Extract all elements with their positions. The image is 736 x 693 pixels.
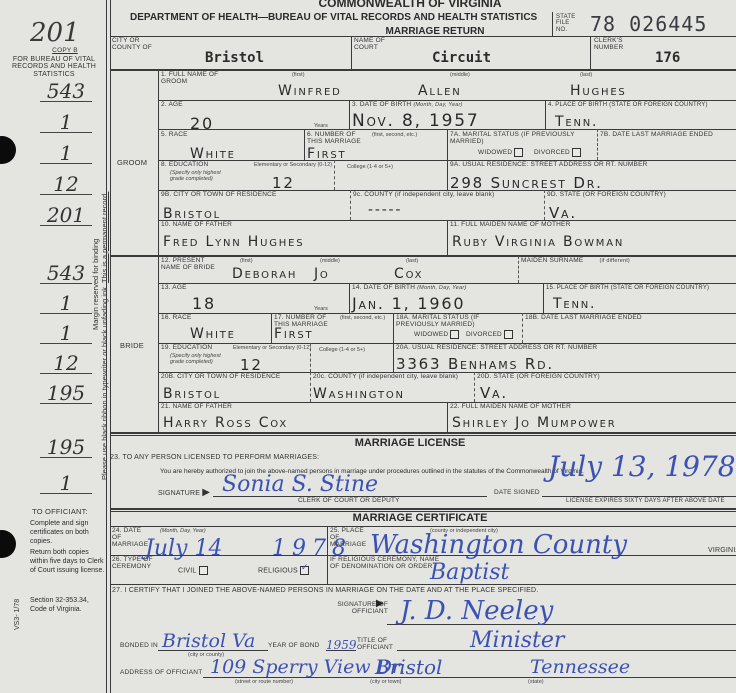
- binding-note: Margin reserved for binding: [91, 239, 100, 330]
- certification-statement: 27. I CERTIFY THAT I JOINED THE ABOVE-NA…: [112, 587, 538, 594]
- margin-code: 201: [40, 203, 92, 227]
- groom-marital-status-label: 7a. MARITAL STATUS (If previously marrie…: [450, 132, 590, 146]
- bride-last-marriage-ended-label: 18b. DATE LAST MARRIAGE ENDED: [525, 315, 642, 322]
- commonwealth-title: COMMONWEALTH OF VIRGINIA: [270, 0, 550, 10]
- margin-code-line: [40, 343, 92, 344]
- certificate-title: MARRIAGE CERTIFICATE: [330, 512, 510, 524]
- bond-year-label: YEAR OF BOND: [268, 643, 320, 650]
- groom-marriage-number-label: 6. NUMBER OF THIS MARRIAGE: [307, 132, 371, 146]
- margin-code: 543: [40, 261, 92, 285]
- date-signed-line: [542, 496, 736, 497]
- date-signed: July 13, 1978: [548, 450, 736, 483]
- rule: [304, 129, 305, 160]
- rule: [544, 190, 545, 220]
- denomination: Baptist: [430, 560, 509, 585]
- groom-dob-label: 3. DATE OF BIRTH (Month, Day, Year): [352, 102, 463, 109]
- groom-city-label: 9b. CITY OR TOWN OF RESIDENCE: [161, 192, 277, 199]
- rule: [271, 313, 272, 343]
- form-code: VS3- 1/78: [14, 599, 21, 630]
- groom-last-name: Hughes: [570, 83, 627, 99]
- groom-marriage-number-hint: (first, second, etc.): [372, 132, 417, 138]
- bride-county: Washington: [313, 386, 405, 402]
- bride-dob-label: 14. DATE OF BIRTH (Month, Day, Year): [352, 285, 466, 292]
- bride-race-label: 16. RACE: [161, 315, 192, 322]
- groom-section-label: GROOM: [117, 159, 147, 167]
- rule: [158, 283, 736, 284]
- widowed-box[interactable]: [450, 330, 459, 339]
- clerk-signature: Sonia S. Stine: [222, 472, 378, 497]
- ink-note: Please use black ribbon in typewriter or…: [100, 192, 109, 480]
- bride-marriage-number-hint: (first, second, etc.): [340, 315, 385, 321]
- officiant-title: Minister: [470, 628, 564, 653]
- margin-code-line: [40, 194, 92, 195]
- groom-first-hint: (first): [292, 72, 305, 78]
- section-note: Section 32-353.34, Code of Virginia.: [30, 597, 106, 615]
- officiant-address-state: Tennessee: [530, 656, 630, 678]
- bride-dob: Jan. 1, 1960: [352, 294, 465, 313]
- margin-top-number: 201: [30, 18, 80, 48]
- state-hint: (state): [528, 679, 544, 685]
- bride-section-label: BRIDE: [120, 342, 144, 350]
- bride-mother-label: 22. FULL MAIDEN NAME OF MOTHER: [450, 404, 571, 411]
- groom-first-name: Winfred: [278, 83, 342, 99]
- clerk-label: CLERK'S NUMBER: [594, 38, 634, 52]
- bride-age-label: 13. AGE: [161, 285, 187, 292]
- signature-label: SIGNATURE: [158, 490, 200, 497]
- signature-arrow-icon: ▶: [202, 487, 210, 498]
- bride-dob-label-text: 14. DATE OF BIRTH: [352, 284, 415, 291]
- margin-code-line: [40, 132, 92, 133]
- ceremony-type-label: 26. TYPE OF CEREMONY: [112, 557, 162, 571]
- margin-code-line: [40, 403, 92, 404]
- rule: [393, 343, 394, 372]
- groom-state-label: 9d. STATE (OR FOREIGN COUNTRY): [547, 192, 666, 199]
- clerk-number: 176: [655, 50, 680, 66]
- copy-for-label: FOR BUREAU OF VITAL RECORDS AND HEALTH S…: [2, 56, 106, 78]
- bonded-in: Bristol Va: [162, 630, 255, 652]
- rule: [334, 160, 335, 190]
- bride-father-label: 21. NAME OF FATHER: [161, 404, 232, 411]
- divorced-label: DIVORCED: [466, 331, 502, 338]
- bride-marital-status-label: 18a. MARITAL STATUS (If previously marri…: [396, 315, 522, 329]
- rule: [447, 402, 448, 432]
- bride-first-hint: (first): [240, 258, 253, 264]
- bride-elementary-hint: Elementary or Secondary (0-12): [232, 345, 312, 351]
- groom-middle-hint: (middle): [450, 72, 470, 78]
- religious-checkbox[interactable]: RELIGIOUS✓: [258, 566, 309, 575]
- officiant-title-line: [397, 650, 736, 651]
- groom-dob: Nov. 8, 1957: [352, 111, 479, 131]
- bride-street: 3363 Benhams Rd.: [396, 355, 554, 373]
- margin-code: 195: [40, 381, 92, 405]
- margin-code: 1: [40, 291, 92, 315]
- bride-mother: Shirley Jo Mumpower: [452, 415, 616, 431]
- margin-code: 12: [40, 351, 92, 375]
- divorced-label: DIVORCED: [534, 149, 570, 156]
- groom-mother: Ruby Virginia Bowman: [452, 234, 624, 250]
- license-expiry-note: LICENSE EXPIRES SIXTY DAYS AFTER ABOVE D…: [566, 498, 725, 504]
- bride-last-name: Cox: [394, 266, 423, 282]
- bride-middle-name: Jo: [314, 266, 330, 282]
- bride-state: Va.: [480, 384, 508, 402]
- license-title: MARRIAGE LICENSE: [320, 437, 500, 449]
- clerk-divider: [590, 36, 591, 69]
- court-label: NAME OF COURT: [354, 38, 390, 52]
- bride-education-hint: (Specify only highest grade completed): [170, 353, 230, 365]
- bride-county-label: 20c. COUNTY (if independent city, leave …: [313, 374, 458, 381]
- officiant-instructions-title: TO OFFICIANT:: [20, 508, 100, 516]
- groom-birthplace-label: 4. PLACE OF BIRTH (state or foreign coun…: [548, 102, 708, 108]
- bride-college-hint: College (1-4 or 5+): [312, 347, 372, 353]
- officiant-signature-arrow-icon: ▶: [376, 598, 384, 609]
- check-mark-icon: ✓: [301, 563, 309, 572]
- bride-maiden-label-text: MAIDEN SURNAME: [521, 257, 583, 264]
- copy-label: COPY B: [40, 48, 90, 55]
- groom-dob-label-text: 3. DATE OF BIRTH: [352, 101, 411, 108]
- street-hint: (street or route number): [235, 679, 293, 685]
- religious-label: RELIGIOUS: [258, 567, 298, 574]
- bride-marriage-number: First: [274, 326, 313, 342]
- rule: [158, 100, 736, 101]
- widowed-box[interactable]: [514, 148, 523, 157]
- license-addressee: 23. TO ANY PERSON LICENSED TO PERFORM MA…: [110, 454, 319, 461]
- margin-code: 195: [40, 435, 92, 459]
- margin-code: 1: [40, 110, 92, 134]
- margin-code-line: [40, 373, 92, 374]
- groom-county: -----: [368, 202, 402, 218]
- divorced-box[interactable]: [572, 148, 581, 157]
- margin-code-line: [40, 493, 92, 494]
- margin-code: 1: [40, 141, 92, 165]
- rule: [110, 584, 736, 585]
- rule: [522, 313, 523, 343]
- bride-years-label: Years: [314, 306, 328, 312]
- religious-box[interactable]: ✓: [300, 566, 309, 575]
- bride-birthplace-label: 15. PLACE OF BIRTH (state or foreign cou…: [546, 285, 709, 291]
- rule: [393, 313, 394, 343]
- margin-code-line: [40, 457, 92, 458]
- rule: [543, 283, 544, 313]
- groom-county-label: 9c. COUNTY (if independent city, leave b…: [353, 192, 494, 199]
- groom-last-marriage-ended-label: 7b. DATE LAST MARRIAGE ENDED: [600, 132, 713, 139]
- virginia-suffix: VIRGINIA: [708, 547, 736, 554]
- rule: [447, 160, 448, 190]
- rule: [349, 283, 350, 313]
- bride-father: Harry Ross Cox: [163, 415, 288, 431]
- bride-middle-hint: (middle): [320, 258, 340, 264]
- form-left-border-inner: [110, 0, 111, 693]
- rule: [110, 526, 736, 527]
- city-hint: (city or town): [370, 679, 401, 685]
- bride-race: White: [190, 326, 236, 342]
- margin-code: 543: [40, 79, 92, 103]
- bride-birthplace: Tenn.: [553, 296, 596, 312]
- bride-state-label: 20d. STATE (OR FOREIGN COUNTRY): [477, 374, 600, 381]
- date-signed-label: DATE SIGNED: [494, 490, 540, 497]
- header-rule: [110, 36, 736, 37]
- margin-code-line: [40, 101, 92, 102]
- officiant-title-label: TITLE OF OFFICIANT: [357, 638, 397, 652]
- rule: [545, 100, 546, 129]
- rule: [110, 435, 736, 436]
- state-file-label: STATE FILE NO.: [556, 14, 580, 33]
- groom-dob-hint: (Month, Day, Year): [413, 102, 462, 108]
- rule: [518, 256, 519, 283]
- bond-year: 1959: [326, 638, 357, 652]
- civil-label: CIVIL: [178, 567, 197, 574]
- bride-age: 18: [192, 294, 216, 313]
- margin-code: 1: [40, 321, 92, 345]
- rule: [349, 100, 350, 129]
- bride-street-label: 20a. USUAL RESIDENCE: STREET ADDRESS OR …: [396, 345, 597, 352]
- ink-note-text: Please use black ribbon in typewriter or…: [100, 285, 109, 480]
- bride-first-name: Deborah: [232, 266, 297, 282]
- groom-college-hint: College (1-4 or 5+): [340, 164, 400, 170]
- city-county-value: Bristol: [205, 50, 264, 66]
- groom-education-label: 8. EDUCATION: [161, 162, 208, 169]
- divorced-box[interactable]: [504, 330, 513, 339]
- rule: [447, 220, 448, 255]
- civil-checkbox[interactable]: CIVIL: [178, 566, 208, 575]
- marriage-date-hint: (Month, Day, Year): [160, 528, 206, 534]
- bride-education-label: 19. EDUCATION: [161, 345, 212, 352]
- margin-code: 12: [40, 172, 92, 196]
- marriage-place-label: 25. PLACE OF MARRIAGE: [330, 528, 370, 548]
- rule: [350, 190, 351, 220]
- margin-code-line: [40, 225, 92, 226]
- bride-widowed-checkbox[interactable]: WIDOWED: [414, 330, 459, 339]
- widowed-label: WIDOWED: [478, 149, 512, 156]
- groom-mother-label: 11. FULL MAIDEN NAME OF MOTHER: [450, 222, 571, 229]
- binding-hole-2: [0, 530, 16, 558]
- margin-code-line: [40, 283, 92, 284]
- rule: [310, 343, 311, 372]
- groom-birthplace: Tenn.: [555, 114, 598, 130]
- bride-name-label: 12. PRESENT NAME OF BRIDE: [161, 258, 223, 272]
- city-county-label: CITY OR COUNTY OF: [112, 38, 156, 52]
- margin-code: 1: [40, 471, 92, 495]
- court-value: Circuit: [432, 50, 491, 66]
- clerk-caption: CLERK OF COURT OR DEPUTY: [298, 498, 400, 505]
- bride-maiden-hint: (if different): [599, 258, 630, 264]
- rule: [110, 432, 736, 434]
- rule: [110, 508, 736, 510]
- margin-code-line: [40, 313, 92, 314]
- officiant-note-2: Return both copies within five days to C…: [30, 549, 106, 575]
- rule: [474, 372, 475, 402]
- groom-last-hint: (last): [580, 72, 592, 78]
- margin-code-line: [40, 163, 92, 164]
- state-file-number: 78 026445: [590, 12, 707, 36]
- groom-education-hint: (Specify only highest grade completed): [170, 170, 230, 182]
- rule: [597, 129, 598, 160]
- state-file-divider: [552, 12, 553, 36]
- groom-father: Fred Lynn Hughes: [163, 234, 304, 250]
- groom-widowed-checkbox[interactable]: WIDOWED: [478, 148, 523, 157]
- permanent-record-note: This is a permanent record.: [100, 192, 109, 283]
- groom-street-label: 9a. USUAL RESIDENCE: STREET ADDRESS OR R…: [450, 162, 648, 169]
- officiant-note-1: Complete and sign certificates on both c…: [30, 520, 106, 546]
- groom-father-label: 10. NAME OF FATHER: [161, 222, 232, 229]
- officiant-address-city: Bristol: [375, 655, 442, 679]
- department-title: DEPARTMENT OF HEALTH—BUREAU OF VITAL REC…: [130, 12, 537, 23]
- groom-age-label: 2. AGE: [161, 102, 183, 109]
- widowed-label: WIDOWED: [414, 331, 448, 338]
- bride-dob-hint: (Month, Day, Year): [417, 285, 466, 291]
- civil-box[interactable]: [199, 566, 208, 575]
- groom-divorced-checkbox[interactable]: DIVORCED: [534, 148, 581, 157]
- bride-maiden-label: MAIDEN SURNAME (if different): [521, 258, 630, 265]
- binding-hole-1: [0, 136, 16, 164]
- bride-last-hint: (last): [406, 258, 418, 264]
- groom-age: 20: [190, 114, 214, 133]
- officiant-signature: J. D. Neeley: [400, 596, 553, 626]
- groom-name-label: 1. FULL NAME OF GROOM: [161, 72, 221, 86]
- bride-divorced-checkbox[interactable]: DIVORCED: [466, 330, 513, 339]
- court-divider: [351, 36, 352, 69]
- groom-left-divider: [158, 70, 159, 256]
- groom-middle-name: Allen: [418, 83, 462, 99]
- bride-city: Bristol: [163, 386, 221, 402]
- form-left-border: [106, 0, 107, 693]
- rule: [310, 372, 311, 402]
- bride-city-label: 20b. CITY OR TOWN OF RESIDENCE: [161, 374, 280, 381]
- rule: [447, 129, 448, 160]
- officiant-address-label: ADDRESS OF OFFICIANT: [120, 670, 202, 677]
- license-signature-label: SIGNATURE ▶: [158, 488, 210, 499]
- groom-elementary-hint: Elementary or Secondary (0-12): [253, 162, 333, 168]
- groom-race-label: 5. RACE: [161, 132, 188, 139]
- bonded-in-label: BONDED IN: [120, 643, 158, 650]
